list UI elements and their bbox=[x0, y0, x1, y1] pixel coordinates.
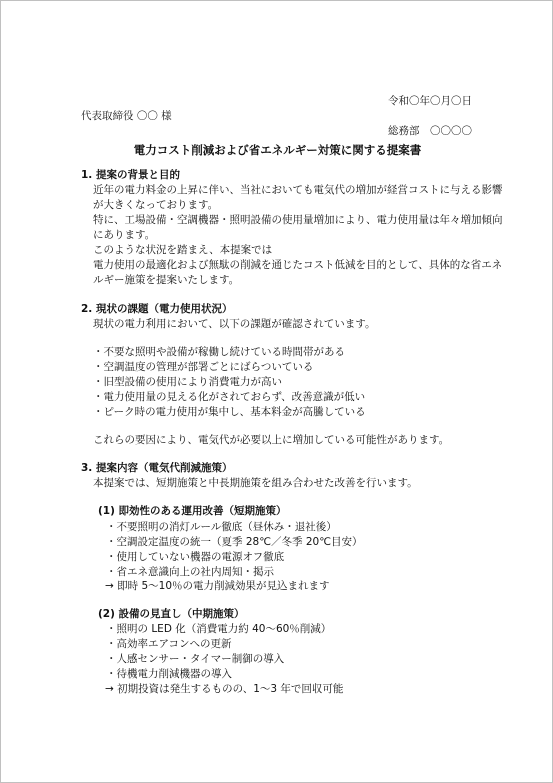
section-1-line: ルギー施策を提案いたします。 bbox=[93, 273, 239, 287]
section-2-heading: 2. 現状の課題（電力使用状況） bbox=[81, 302, 232, 316]
sender: 総務部 〇〇〇〇 bbox=[388, 124, 472, 138]
subsection-1-result: → 即時 5～10％の電力削減効果が見込まれます bbox=[105, 579, 330, 593]
subsection-2-bullet: ・高効率エアコンへの更新 bbox=[106, 637, 231, 651]
section-1-line: 特に、工場設備・空調機器・照明設備の使用量増加により、電力使用量は年々増加傾向 bbox=[93, 213, 503, 227]
section-2-conclusion: これらの要因により、電気代が必要以上に増加している可能性があります。 bbox=[93, 433, 449, 447]
section-2-intro: 現状の電力利用において、以下の課題が確認されています。 bbox=[93, 317, 375, 331]
section-2-bullet: ・ピーク時の電力使用が集中し、基本料金が高騰している bbox=[93, 405, 366, 419]
section-1-line: にあります。 bbox=[93, 228, 155, 242]
section-2-bullet: ・空調温度の管理が部署ごとにばらついている bbox=[93, 360, 313, 374]
section-3-heading: 3. 提案内容（電気代削減施策） bbox=[81, 461, 232, 475]
section-2-bullet: ・旧型設備の使用により消費電力が高い bbox=[93, 375, 282, 389]
section-2-bullet: ・不要な照明や設備が稼働し続けている時間帯がある bbox=[93, 345, 345, 359]
subsection-2-bullet: ・待機電力削減機器の導入 bbox=[106, 667, 232, 681]
section-1-heading: 1. 提案の背景と目的 bbox=[81, 168, 180, 182]
subsection-1-bullet: ・使用していない機器の電源オフ徹底 bbox=[106, 550, 284, 564]
subsection-2-result: → 初期投資は発生するものの、1～3 年で回収可能 bbox=[105, 682, 343, 696]
section-1-line: 近年の電力料金の上昇に伴い、当社においても電気代の増加が経営コストに与える影響 bbox=[93, 183, 503, 197]
document-date: 令和〇年〇月〇日 bbox=[388, 94, 472, 108]
section-1-line: 電力使用の最適化および無駄の削減を通じたコスト低減を目的として、具体的な省エネ bbox=[93, 258, 502, 272]
section-2-bullet: ・電力使用量の見える化がされておらず、改善意識が低い bbox=[93, 390, 365, 404]
subsection-1-heading: (1) 即効性のある運用改善（短期施策） bbox=[98, 504, 287, 518]
document-title: 電力コスト削減および省エネルギー対策に関する提案書 bbox=[1, 143, 553, 157]
section-3-intro: 本提案では、短期施策と中長期施策を組み合わせた改善を行います。 bbox=[93, 476, 418, 490]
section-1-line: このような状況を踏まえ、本提案では bbox=[93, 243, 272, 257]
subsection-2-heading: (2) 設備の見直し（中期施策） bbox=[98, 607, 245, 621]
subsection-1-bullet: ・不要照明の消灯ルール徹底（昼休み・退社後） bbox=[106, 520, 337, 534]
subsection-2-bullet: ・人感センサー・タイマー制御の導入 bbox=[106, 652, 284, 666]
section-1-line: が大きくなっております。 bbox=[93, 198, 218, 212]
subsection-1-bullet: ・省エネ意識向上の社内周知・掲示 bbox=[106, 565, 274, 579]
document-page: 令和〇年〇月〇日 代表取締役 〇〇 様 総務部 〇〇〇〇 電力コスト削減および省… bbox=[0, 0, 553, 783]
subsection-1-bullet: ・空調設定温度の統一（夏季 28℃／冬季 20℃目安） bbox=[106, 535, 362, 549]
subsection-2-bullet: ・照明の LED 化（消費電力約 40～60％削減） bbox=[106, 622, 331, 636]
recipient: 代表取締役 〇〇 様 bbox=[81, 109, 172, 123]
